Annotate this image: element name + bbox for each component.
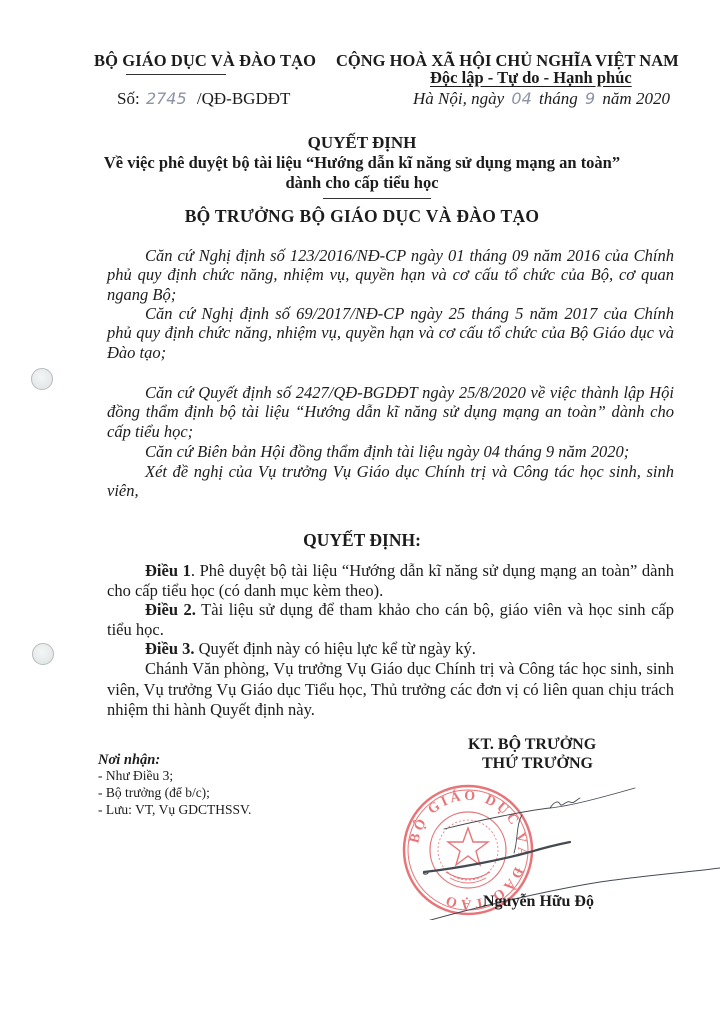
signer-name: Nguyễn Hữu Độ [483, 893, 594, 911]
decision-heading: QUYẾT ĐỊNH: [0, 530, 724, 551]
article-label: Điều 2. [145, 600, 196, 619]
recipient-item: - Bộ trưởng (để b/c); [98, 785, 210, 801]
preamble-paragraph: Căn cứ Nghị định số 69/2017/NĐ-CP ngày 2… [107, 304, 674, 362]
article-2: Điều 2. Tài liệu sử dụng để tham khảo ch… [107, 600, 674, 640]
preamble-paragraph: Xét đề nghị của Vụ trưởng Vụ Giáo dục Ch… [107, 462, 674, 501]
subject-line-1: Về việc phê duyệt bộ tài liệu “Hướng dẫn… [0, 153, 724, 173]
subject-line-2: dành cho cấp tiểu học [0, 173, 724, 193]
execution-clause: Chánh Văn phòng, Vụ trưởng Vụ Giáo dục C… [107, 659, 674, 721]
document-title: QUYẾT ĐỊNH [0, 133, 724, 153]
preamble-paragraph: Căn cứ Nghị định số 123/2016/NĐ-CP ngày … [107, 246, 674, 304]
organization-underline [126, 74, 226, 75]
article-1: Điều 1. Phê duyệt bộ tài liệu “Hướng dẫn… [107, 561, 674, 601]
recipient-item: - Lưu: VT, Vụ GDCTHSSV. [98, 802, 251, 818]
issuing-authority: BỘ TRƯỞNG BỘ GIÁO DỤC VÀ ĐÀO TẠO [0, 206, 724, 227]
handwritten-day: 04 [511, 89, 531, 108]
punch-hole-bottom [32, 643, 54, 665]
title-divider [323, 198, 431, 199]
document-number: Số: 2745 /QĐ-BGDĐT [117, 89, 290, 109]
place-prefix: Hà Nội, ngày [413, 89, 504, 108]
recipients-title: Nơi nhận: [98, 752, 160, 769]
preamble-paragraph: Căn cứ Quyết định số 2427/QĐ-BGDĐT ngày … [107, 383, 674, 441]
number-suffix: /QĐ-BGDĐT [197, 89, 291, 108]
punch-hole-top [31, 368, 53, 390]
article-label: Điều 3. [145, 639, 195, 658]
place-and-date: Hà Nội, ngày 04 tháng 9 năm 2020 [413, 89, 670, 109]
article-3: Điều 3. Quyết định này có hiệu lực kể từ… [107, 639, 674, 659]
recipient-item: - Như Điều 3; [98, 768, 173, 784]
national-motto: Độc lập - Tự do - Hạnh phúc [430, 68, 632, 88]
number-label: Số: [117, 89, 140, 108]
signer-role-line-1: KT. BỘ TRƯỞNG [468, 736, 596, 754]
signer-role-line-2: THỨ TRƯỞNG [482, 755, 593, 773]
year-text: năm 2020 [602, 89, 670, 108]
handwritten-number: 2745 [146, 89, 187, 108]
month-label: tháng [539, 89, 578, 108]
handwritten-month: 9 [585, 89, 595, 108]
issuing-organization: BỘ GIÁO DỤC VÀ ĐÀO TẠO [94, 51, 316, 71]
article-label: Điều 1 [145, 561, 191, 580]
preamble-paragraph: Căn cứ Biên bản Hội đồng thẩm định tài l… [107, 442, 674, 461]
